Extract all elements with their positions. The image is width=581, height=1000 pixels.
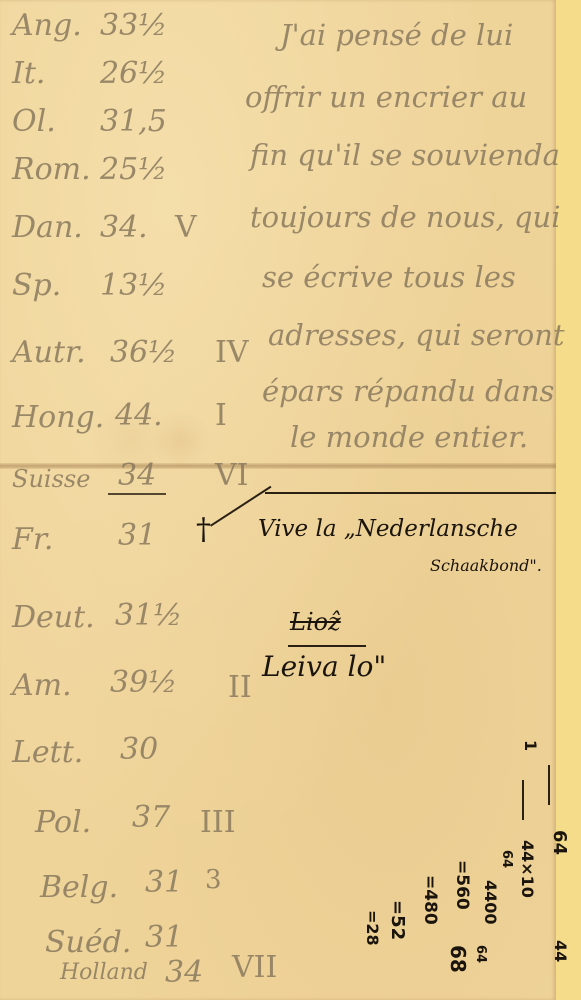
calc-dash [522,780,524,820]
calc-value: 64 [499,850,514,868]
calc-value: 64 [473,945,488,963]
note-line: offrir un encrier au [245,80,527,114]
note-line: adresses, qui seront [268,318,565,352]
rank-numeral: 3 [205,865,222,895]
score-value: 31,5 [100,104,167,139]
score-value: 34 [165,955,203,990]
calc-value: 64 [549,830,570,855]
calc-value: 44 [551,940,570,962]
score-label: Am. [12,668,72,703]
ink-line: Schaakbond". [430,556,542,575]
rank-numeral: VI [215,458,249,493]
score-label: Suéd. [45,925,131,960]
note-line: se écrive tous les [262,260,516,294]
score-value: 31½ [115,598,182,633]
calc-value: =560 [452,860,472,910]
rank-numeral: IV [215,335,249,370]
rank-numeral: III [200,805,236,840]
note-line: fin qu'il se souvienda [250,138,560,172]
rank-numeral: I [215,398,227,433]
calc-value: 4400 [481,880,500,925]
calc-value: 68 [446,945,470,973]
note-line: épars répandu dans [262,374,554,408]
score-label: Hong. [12,400,104,435]
score-label: Dan. [12,210,83,245]
score-value: 31 [118,518,156,553]
score-label: Rom. [12,152,91,187]
score-value: 34 [108,458,166,495]
score-value: 31 [145,865,183,900]
rank-numeral: II [228,670,252,705]
calc-value: =480 [420,875,440,925]
score-label: Ol. [12,104,56,139]
score-value: 37 [132,800,170,835]
score-value: 33½ [100,8,167,43]
score-label: Ang. [12,8,82,43]
ink-underline [288,645,366,647]
score-value: 44. [115,398,163,433]
score-value: 39½ [110,665,177,700]
score-label: It. [12,56,45,91]
score-label: Pol. [35,805,91,840]
rank-numeral: V [175,210,197,245]
ink-rule [265,492,556,494]
ink-line: Leiva lo" [262,650,386,683]
note-line: toujours de nous, qui [250,200,560,234]
calc-value: =52 [387,900,408,940]
score-label: Suisse [12,465,90,493]
dagger-marker: † [196,512,211,547]
score-label: Autr. [12,335,86,370]
rank-numeral: VII [232,950,277,985]
score-value: 26½ [100,56,167,91]
calc-dash [548,765,550,805]
score-label: Sp. [12,268,61,303]
note-line: le monde entier. [290,420,528,454]
score-label: Deut. [12,600,95,635]
score-label: Lett. [12,735,83,770]
calc-value: =28 [363,910,382,946]
score-value: 31 [145,920,183,955]
ink-line: Vive la „Nederlansche [258,516,518,542]
calc-value: 44×10 [518,840,537,898]
score-label: Fr. [12,522,53,557]
note-line: J'ai pensé de lui [280,18,513,52]
score-value: 13½ [100,268,167,303]
score-label: Holland [60,960,148,985]
calc-value: 1 [521,740,540,751]
score-value: 30 [120,732,158,767]
struck-word: Lioẑ [290,608,341,636]
score-value: 34. [100,210,148,245]
score-value: 25½ [100,152,167,187]
score-value: 36½ [110,335,177,370]
score-label: Belg. [40,870,118,905]
